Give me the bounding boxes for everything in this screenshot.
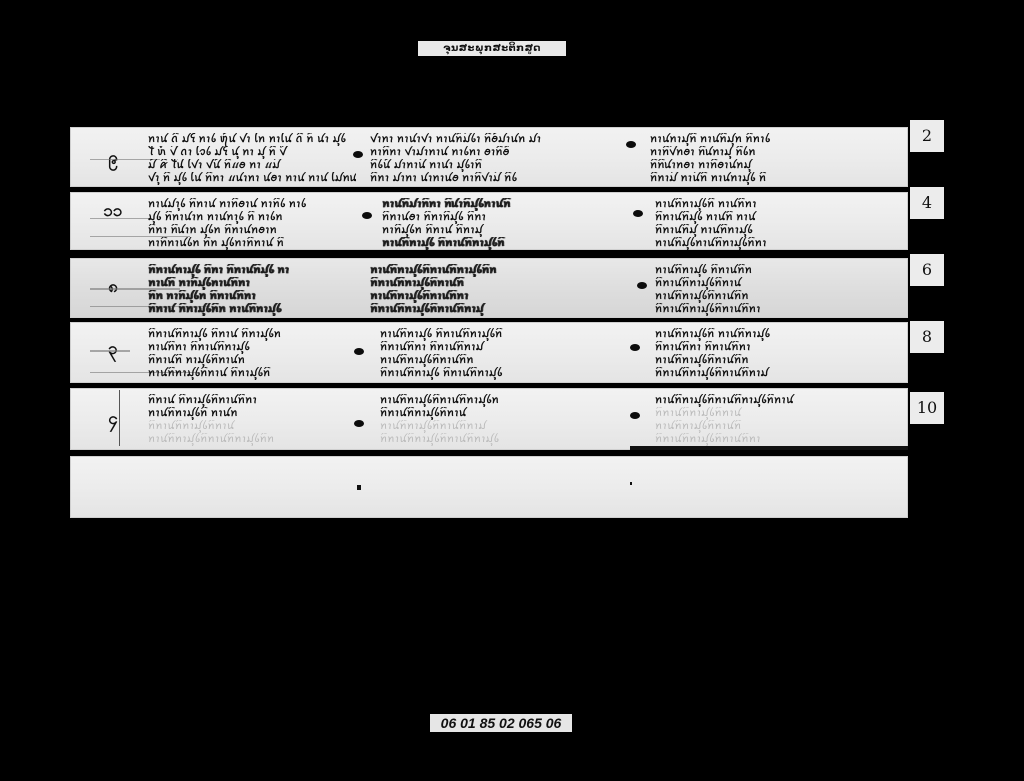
script-line: ꪜꪱꪀꪱ ꪀꪱꪙꪱꪚꪱ ꪀꪱꪙꪀꪸꪣꪲꪉꪱ ꪀꪲꪮꪷꪣꪱꪙꪀ ꪣꪱ (370, 133, 625, 146)
script-line: ꪀꪱꪙꪀꪲꪀꪱꪣꪴꪉ ꪀꪲꪀꪱꪙꪀꪲꪀꪱꪣꪴꪉꪀꪲ (380, 328, 635, 341)
text-column-1: ꪀꪲꪀꪱꪙꪀꪱꪣꪴꪉ ꪀꪲꪀꪱ ꪀꪲꪀꪱꪙꪀꪲꪣꪴꪉ ꪀꪱ ꪀꪱꪙꪀꪲ ꪀꪱꪀꪲ… (148, 264, 363, 316)
script-line: ꪀꪱꪙꪀꪲꪀꪱꪣꪴꪉꪀꪲꪀꪱꪙꪀꪲꪀꪱꪣꪴꪉꪀ (380, 394, 635, 407)
script-line: ꪀꪲꪀꪱꪙꪀꪱꪣꪴꪉ ꪀꪲꪀꪱ ꪀꪲꪀꪱꪙꪀꪲꪣꪴꪉ ꪀꪱ (148, 264, 363, 277)
string-hole (630, 412, 640, 419)
text-column-1: ꪀꪲꪀꪱꪙ ꪀꪲꪀꪱꪣꪴꪉꪀꪲꪀꪱꪙꪀꪲꪀꪱ ꪀꪱꪙꪀꪲꪀꪱꪣꪴꪉꪀꪲ ꪀꪱꪙꪀ… (148, 394, 363, 446)
text-column-1: ꪀꪱꪙ ꪒꪲ ꪣꪺ ꪀꪱꪉ ꪨꪷꪙ ꪜꪱ ꪶꪀ ꪀꪱꪶꪙ ꪒꪲ ꪀꪸ ꪙꪱ ꪣꪴ… (148, 133, 356, 185)
palm-leaf-6-blank (70, 456, 908, 518)
text-column-2: ꪀꪱꪙꪀꪲꪀꪱꪣꪴꪉꪀꪲꪀꪱꪙꪀꪲꪀꪱꪣꪴꪉꪀ ꪀꪲꪀꪱꪙꪀꪲꪀꪱꪣꪴꪉꪀꪲꪀꪱ… (380, 394, 635, 446)
script-line: ꪀꪲꪀꪱꪙꪀꪲꪣꪴ ꪀꪱꪙꪀꪲꪀꪱꪣꪴꪉ (655, 224, 855, 237)
text-column-2: ꪀꪱꪙꪀꪲꪀꪱꪣꪴꪉ ꪀꪲꪀꪱꪙꪀꪲꪀꪱꪣꪴꪉꪀꪲ ꪀꪲꪀꪱꪙꪀꪲꪀꪱ ꪀꪲꪀꪱ… (380, 328, 635, 380)
script-line: ꪀꪱꪙꪀꪲꪀꪱꪣꪴꪉꪀꪲ ꪀꪱꪙꪀ (148, 407, 363, 420)
script-line: ꪀꪱꪀꪲꪚꪲꪀꪮꪱ ꪀꪲꪙꪀꪱꪣꪴ ꪀꪲꪉꪀ (650, 146, 850, 159)
string-hole (637, 282, 647, 289)
script-line: ꪀꪱꪀꪲꪀꪱꪙꪉꪀ ꪀꪲꪀ ꪣꪴꪉꪀꪱꪀꪲꪀꪱꪙ ꪀꪲ (148, 237, 356, 250)
script-line: ꪀꪲꪀꪱꪣꪲ ꪀꪱꪙꪲꪀꪲ ꪀꪱꪙꪀꪱꪣꪴꪉ ꪀꪲ (650, 172, 850, 185)
string-hole (633, 210, 643, 217)
archive-reference-number: 06 01 85 02 065 06 (430, 714, 572, 732)
script-line: ꪀꪱꪙꪀꪲꪀꪱꪣꪴꪉꪀꪲꪀꪱꪙꪀꪲꪀꪱ (370, 290, 632, 303)
script-line: ꪀꪲꪀꪱꪙꪀꪲꪀꪱꪣꪴꪉ ꪀꪲꪀꪱꪙꪀꪲꪀꪱꪣꪴꪉ (380, 367, 635, 380)
script-line-faded: ꪀꪲꪀꪱꪙꪀꪲꪀꪱꪣꪴꪉꪀꪲꪀꪱꪙꪀꪲꪀꪱꪣꪴꪉ (380, 433, 635, 446)
script-line: ꪣꪴꪉ ꪀꪲꪀꪱꪙꪱꪀ ꪀꪱꪙꪀꪱꪴꪉ ꪀꪲ ꪀꪱꪉꪀ (148, 211, 356, 224)
script-line: ꪀꪲꪀꪲꪙꪱꪀꪮꪱ ꪀꪱꪀꪲꪮꪱꪙꪀꪣꪴ (650, 159, 850, 172)
palm-leaf-2: ၁၁ ꪀꪱꪙꪣꪱꪴꪉ ꪀꪲꪀꪱꪙ ꪀꪱꪀꪲꪮꪱꪙ ꪀꪱꪀꪲꪉ ꪀꪱꪉ ꪣꪴꪉ ꪀ… (70, 192, 908, 250)
script-line: ꪀꪲꪉꪙꪷ ꪣꪱꪀꪱꪙꪲ ꪀꪱꪙꪱ ꪣꪴꪉꪱꪀꪲ (370, 159, 625, 172)
string-hole (354, 420, 364, 427)
text-column-3: ꪀꪱꪙꪀꪲꪀꪱꪣꪴꪉꪀꪲ ꪀꪱꪙꪀꪲꪀꪱꪣꪴꪉ ꪀꪲꪀꪱꪙꪀꪲꪀꪱ ꪀꪲꪀꪱꪙꪀ… (655, 328, 855, 380)
script-line: ꪀꪲꪀꪱꪙꪮꪱ ꪀꪲꪀꪱꪀꪲꪣꪴꪉ ꪀꪲꪀꪱ (382, 211, 632, 224)
script-line-faded: ꪀꪲꪀꪱꪙꪀꪲꪀꪱꪣꪴꪉꪀꪲꪀꪱꪙ (655, 407, 855, 420)
script-line: ꪀꪲꪀꪱꪙꪀꪲ ꪀꪱꪣꪴꪉꪀꪲꪀꪱꪙꪀ (148, 354, 363, 367)
script-line: ꪀꪱꪙꪀꪲꪀꪱꪣꪴꪉꪀꪲ ꪀꪱꪙꪀꪲꪀꪱ (655, 198, 855, 211)
script-line: ꪀꪱꪙ ꪒꪲ ꪣꪺ ꪀꪱꪉ ꪨꪷꪙ ꪜꪱ ꪶꪀ ꪀꪱꪶꪙ ꪒꪲ ꪀꪸ ꪙꪱ ꪣꪴ… (148, 133, 356, 146)
script-line: ꪀꪲꪀꪱ ꪣꪱꪀꪱ ꪙꪱꪀꪱꪙꪮ ꪀꪱꪀꪲꪚꪱꪣꪲ ꪀꪲꪉ (370, 172, 625, 185)
script-line: ꪀꪱꪙꪀꪲꪀꪱꪣꪴꪉꪀꪲꪀꪱꪙ ꪀꪲꪀꪱꪣꪴꪉꪀꪲ (148, 367, 363, 380)
script-line: ꪀꪲꪀꪱꪙꪀꪲꪀꪱꪣꪴꪉꪀꪲꪀꪱꪙꪀꪲꪀꪱꪣ (655, 367, 855, 380)
script-line-faded: ꪀꪲꪀꪱꪙꪀꪲꪀꪱꪣꪴꪉꪀꪲꪀꪱꪙꪀꪲꪀꪱ (655, 433, 855, 446)
palm-leaf-3: ၈ ꪀꪲꪀꪱꪙꪀꪱꪣꪴꪉ ꪀꪲꪀꪱ ꪀꪲꪀꪱꪙꪀꪲꪣꪴꪉ ꪀꪱ ꪀꪱꪙꪀꪲ ꪀꪱ… (70, 258, 908, 318)
text-column-2: ꪀꪱꪙꪀꪲꪣꪱꪀꪲꪀꪱ ꪀꪲꪙꪱꪀꪲꪣꪴꪉꪀꪱꪙꪀꪲ ꪀꪲꪀꪱꪙꪮꪱ ꪀꪲꪀꪱꪀ… (382, 198, 632, 250)
text-column-2: ꪜꪱꪀꪱ ꪀꪱꪙꪱꪚꪱ ꪀꪱꪙꪀꪸꪣꪲꪉꪱ ꪀꪲꪮꪷꪣꪱꪙꪀ ꪣꪱ ꪀꪱꪀꪲꪀꪱ… (370, 133, 625, 185)
script-line: ꪀꪱꪙꪀꪲ ꪀꪱꪀꪲꪣꪴꪉꪀꪱꪙꪀꪲꪀꪱ (148, 277, 363, 290)
string-hole (626, 141, 636, 148)
script-line: ꪣꪷ ꪁꪲ ꪻꪊꪲ ꪶꪚꪱ ꪜꪙꪷ ꪀꪲꪵꪮ ꪀꪱ ꪵꪣꪲ (148, 159, 356, 172)
script-line: ꪀꪱꪙꪀꪲꪀꪱꪣꪴꪉꪀꪲꪀꪱꪙꪀꪲꪀꪱꪣꪴꪉꪀꪲꪀ (370, 264, 632, 277)
script-line: ꪀꪱꪙꪀꪲꪀꪱꪣꪴꪉꪀꪲꪀꪱꪙꪀꪲꪀ (655, 290, 855, 303)
script-line: ꪻ ꪬꪳ ꪜꪲ ꪒꪱ ꪶꪫꪉ ꪣꪺ ꪙꪴ ꪀꪱ ꪣꪴ ꪀꪲ ꪜꪾ (148, 146, 356, 159)
script-line: ꪀꪱꪙꪀꪲꪣꪴꪉꪀꪱꪙꪀꪲꪀꪱꪣꪴꪉꪀꪲꪀꪱ (655, 237, 855, 250)
script-line: ꪀꪱꪀꪲꪣꪴꪉꪀ ꪀꪲꪀꪱꪙ ꪀꪲꪀꪱꪣꪴ (382, 224, 632, 237)
script-line-faded: ꪀꪱꪙꪀꪲꪀꪱꪣꪴꪉꪀꪲꪀꪱꪙꪀꪲ (655, 420, 855, 433)
page-number-tag: 6 (910, 254, 944, 286)
leaf-numeral: ၁၁ (98, 200, 128, 225)
string-hole (362, 212, 372, 219)
script-line: ꪀꪱꪙꪀꪲꪀꪱꪣꪴꪉꪀꪲꪀꪱꪙꪀꪲꪀꪱꪣꪴꪉꪀꪲꪀꪱꪙ (655, 394, 855, 407)
text-column-3: ꪀꪱꪙꪀꪱꪣꪴꪀꪲ ꪀꪱꪙꪀꪲꪣꪴꪀ ꪀꪲꪀꪱꪉ ꪀꪱꪀꪲꪚꪲꪀꪮꪱ ꪀꪲꪙꪀꪱ… (650, 133, 850, 185)
script-line: ꪀꪱꪙꪀꪲꪀꪱꪣꪴꪉꪀꪲ ꪀꪱꪙꪀꪲꪀꪱꪣꪴꪉ (655, 328, 855, 341)
text-column-1: ꪀꪱꪙꪣꪱꪴꪉ ꪀꪲꪀꪱꪙ ꪀꪱꪀꪲꪮꪱꪙ ꪀꪱꪀꪲꪉ ꪀꪱꪉ ꪣꪴꪉ ꪀꪲꪀꪱ… (148, 198, 356, 250)
palm-leaf-4: ၃ ꪀꪲꪀꪱꪙꪀꪲꪀꪱꪣꪴꪉ ꪀꪲꪀꪱꪙ ꪀꪲꪀꪱꪣꪴꪉꪀ ꪀꪱꪙꪀꪲꪀꪱ ꪀꪲ… (70, 322, 908, 383)
script-line: ꪀꪲꪀꪱ ꪀꪲꪙꪱꪀ ꪣꪴꪉꪀ ꪀꪲꪀꪱꪙꪀꪮꪱꪀ (148, 224, 356, 237)
script-line-faded: ꪀꪲꪀꪱꪙꪀꪲꪀꪱꪣꪴꪉꪀꪲꪀꪱꪙ (148, 420, 363, 433)
script-line: ꪀꪲꪀꪱꪙꪀꪲꪀꪱꪣꪴꪉꪀꪲꪀꪱꪙꪀꪲꪀꪱꪣꪴ (370, 303, 632, 316)
page-number-tag: 10 (910, 392, 944, 424)
string-hole (354, 348, 364, 355)
string-hole (630, 344, 640, 351)
script-line: ꪀꪱꪙꪀꪲꪀꪱꪣꪴꪉꪀꪲꪀꪱꪙꪀꪲꪀ (380, 354, 635, 367)
script-line: ꪀꪱꪙꪀꪱꪣꪴꪀꪲ ꪀꪱꪙꪀꪲꪣꪴꪀ ꪀꪲꪀꪱꪉ (650, 133, 850, 146)
text-column-1: ꪀꪲꪀꪱꪙꪀꪲꪀꪱꪣꪴꪉ ꪀꪲꪀꪱꪙ ꪀꪲꪀꪱꪣꪴꪉꪀ ꪀꪱꪙꪀꪲꪀꪱ ꪀꪲꪀꪱ… (148, 328, 363, 380)
string-hole (353, 151, 363, 158)
script-line: ꪀꪲꪀ ꪀꪱꪀꪲꪣꪴꪉꪀ ꪀꪲꪀꪱꪙꪀꪲꪀꪱ (148, 290, 363, 303)
script-line-faded: ꪀꪱꪙꪀꪲꪀꪱꪣꪴꪉꪀꪲꪀꪱꪙꪀꪲꪀꪱꪣ (380, 420, 635, 433)
script-line: ꪀꪲꪀꪱꪙꪀꪲꪀꪱꪣꪴꪉꪀꪲꪀꪱꪙ (380, 407, 635, 420)
palm-leaf-1: ၉ ꪀꪱꪙ ꪒꪲ ꪣꪺ ꪀꪱꪉ ꪨꪷꪙ ꪜꪱ ꪶꪀ ꪀꪱꪶꪙ ꪒꪲ ꪀꪸ ꪙꪱ … (70, 127, 908, 187)
script-line: ꪀꪱꪙꪣꪱꪴꪉ ꪀꪲꪀꪱꪙ ꪀꪱꪀꪲꪮꪱꪙ ꪀꪱꪀꪲꪉ ꪀꪱꪉ (148, 198, 356, 211)
script-line: ꪀꪲꪀꪱꪙꪀꪲꪀꪱꪣꪴꪉꪀꪲꪀꪱꪙꪀꪲ (370, 277, 632, 290)
page-number-tag: 2 (910, 120, 944, 152)
script-line: ꪀꪱꪙꪀꪲꪀꪱꪣꪴꪉ ꪀꪲꪀꪱꪙꪀꪲꪀ (655, 264, 855, 277)
script-line: ꪀꪲꪀꪱꪙꪀꪲꪀꪱꪣꪴꪉꪀꪲꪀꪱꪙ (655, 277, 855, 290)
script-line: ꪀꪲꪀꪱꪙꪀꪲꪀꪱꪣꪴꪉꪀꪲꪀꪱꪙꪀꪲꪀꪱ (655, 303, 855, 316)
script-line: ꪀꪲꪀꪱꪙ ꪀꪲꪀꪱꪣꪴꪉꪀꪲꪀꪱꪙꪀꪲꪀꪱ (148, 394, 363, 407)
script-line: ꪀꪱꪙꪀꪲꪀꪱꪣꪴꪉꪀꪲꪀꪱꪙꪀꪲꪀ (655, 354, 855, 367)
script-line: ꪀꪲꪀꪱꪙꪀꪲꪀꪱ ꪀꪲꪀꪱꪙꪀꪲꪀꪱꪣ (380, 341, 635, 354)
script-line: ꪀꪲꪀꪱꪙꪀꪲꪀꪱꪣꪴꪉ ꪀꪲꪀꪱꪙ ꪀꪲꪀꪱꪣꪴꪉꪀ (148, 328, 363, 341)
archive-title-label: ຈຸນສະພຸກສະຕິກສູດ (418, 41, 566, 56)
script-line-faded: ꪀꪱꪙꪀꪲꪀꪱꪣꪴꪉꪀꪲꪀꪱꪙꪀꪲꪀꪱꪣꪴꪉꪀꪲꪀ (148, 433, 363, 446)
script-line: ꪀꪲꪀꪱꪙ ꪀꪲꪀꪱꪣꪴꪉꪀꪲꪀ ꪀꪱꪙꪀꪲꪀꪱꪣꪴꪉ (148, 303, 363, 316)
text-column-2: ꪀꪱꪙꪀꪲꪀꪱꪣꪴꪉꪀꪲꪀꪱꪙꪀꪲꪀꪱꪣꪴꪉꪀꪲꪀ ꪀꪲꪀꪱꪙꪀꪲꪀꪱꪣꪴꪉꪀꪲ… (370, 264, 632, 316)
leaf-numeral: ၄ (98, 408, 128, 433)
palm-leaf-5: ၄ ꪀꪲꪀꪱꪙ ꪀꪲꪀꪱꪣꪴꪉꪀꪲꪀꪱꪙꪀꪲꪀꪱ ꪀꪱꪙꪀꪲꪀꪱꪣꪴꪉꪀꪲ ꪀꪱ… (70, 388, 908, 450)
page-number-tag: 8 (910, 321, 944, 353)
script-line: ꪜꪱꪴ ꪀꪲ ꪣꪴꪉ ꪶꪙ ꪀꪲꪀꪱ ꪵꪙꪱꪀꪱ ꪙꪮꪱ ꪀꪱꪙ ꪀꪱꪙ ꪶꪣꪀ… (148, 172, 356, 185)
script-line: ꪀꪲꪀꪱꪙꪀꪲꪀꪱ ꪀꪲꪀꪱꪙꪀꪲꪀꪱ (655, 341, 855, 354)
script-line: ꪀꪲꪀꪱꪙꪀꪲꪣꪴꪉ ꪀꪱꪙꪀꪲ ꪀꪱꪙ (655, 211, 855, 224)
script-line: ꪀꪱꪙꪀꪲꪣꪱꪀꪲꪀꪱ ꪀꪲꪙꪱꪀꪲꪣꪴꪉꪀꪱꪙꪀꪲ (382, 198, 632, 211)
text-column-3: ꪀꪱꪙꪀꪲꪀꪱꪣꪴꪉꪀꪲ ꪀꪱꪙꪀꪲꪀꪱ ꪀꪲꪀꪱꪙꪀꪲꪣꪴꪉ ꪀꪱꪙꪀꪲ ꪀꪱ… (655, 198, 855, 250)
text-column-3: ꪀꪱꪙꪀꪲꪀꪱꪣꪴꪉ ꪀꪲꪀꪱꪙꪀꪲꪀ ꪀꪲꪀꪱꪙꪀꪲꪀꪱꪣꪴꪉꪀꪲꪀꪱꪙ ꪀꪱ… (655, 264, 855, 316)
ink-speck (630, 482, 632, 485)
text-column-3: ꪀꪱꪙꪀꪲꪀꪱꪣꪴꪉꪀꪲꪀꪱꪙꪀꪲꪀꪱꪣꪴꪉꪀꪲꪀꪱꪙ ꪀꪲꪀꪱꪙꪀꪲꪀꪱꪣꪴꪉ… (655, 394, 855, 446)
script-line: ꪀꪱꪙꪀꪲꪀꪱ ꪀꪲꪀꪱꪙꪀꪲꪀꪱꪣꪴꪉ (148, 341, 363, 354)
page-number-tag: 4 (910, 187, 944, 219)
script-line: ꪀꪱꪙꪀꪲꪀꪱꪣꪴꪉ ꪀꪲꪀꪱꪙꪀꪲꪀꪱꪣꪴꪉꪀꪲ (382, 237, 632, 250)
script-line: ꪀꪱꪀꪲꪀꪱ ꪚꪱꪣꪱꪀꪱꪙ ꪀꪱꪉꪀꪱ ꪮꪱꪀꪲꪮꪸ (370, 146, 625, 159)
ink-speck (357, 485, 361, 490)
